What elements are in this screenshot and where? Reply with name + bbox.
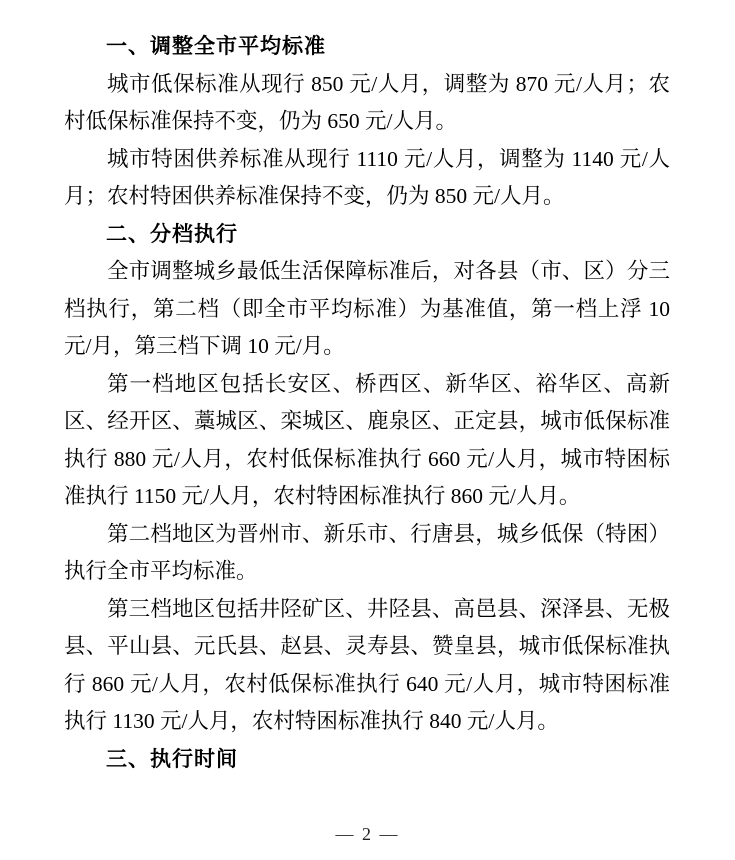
paragraph-tekun-standard: 城市特困供养标准从现行 1110 元/人月，调整为 1140 元/人月；农村特困…: [64, 141, 670, 216]
document-page: 一、调整全市平均标准 城市低保标准从现行 850 元/人月，调整为 870 元/…: [0, 0, 735, 860]
document-body: 一、调整全市平均标准 城市低保标准从现行 850 元/人月，调整为 870 元/…: [64, 28, 670, 778]
paragraph-tier-2-districts: 第二档地区为晋州市、新乐市、行唐县，城乡低保（特困）执行全市平均标准。: [64, 516, 670, 591]
page-number: — 2 —: [0, 824, 735, 845]
paragraph-tier-3-districts: 第三档地区包括井陉矿区、井陉县、高邑县、深泽县、无极县、平山县、元氏县、赵县、灵…: [64, 591, 670, 741]
paragraph-urban-rural-dibao: 城市低保标准从现行 850 元/人月，调整为 870 元/人月；农村低保标准保持…: [64, 66, 670, 141]
paragraph-tier-1-districts: 第一档地区包括长安区、桥西区、新华区、裕华区、高新区、经开区、藁城区、栾城区、鹿…: [64, 366, 670, 516]
section-heading-3: 三、执行时间: [64, 741, 670, 779]
section-heading-1: 一、调整全市平均标准: [64, 28, 670, 66]
section-heading-2: 二、分档执行: [64, 216, 670, 254]
paragraph-tier-overview: 全市调整城乡最低生活保障标准后，对各县（市、区）分三档执行，第二档（即全市平均标…: [64, 253, 670, 366]
